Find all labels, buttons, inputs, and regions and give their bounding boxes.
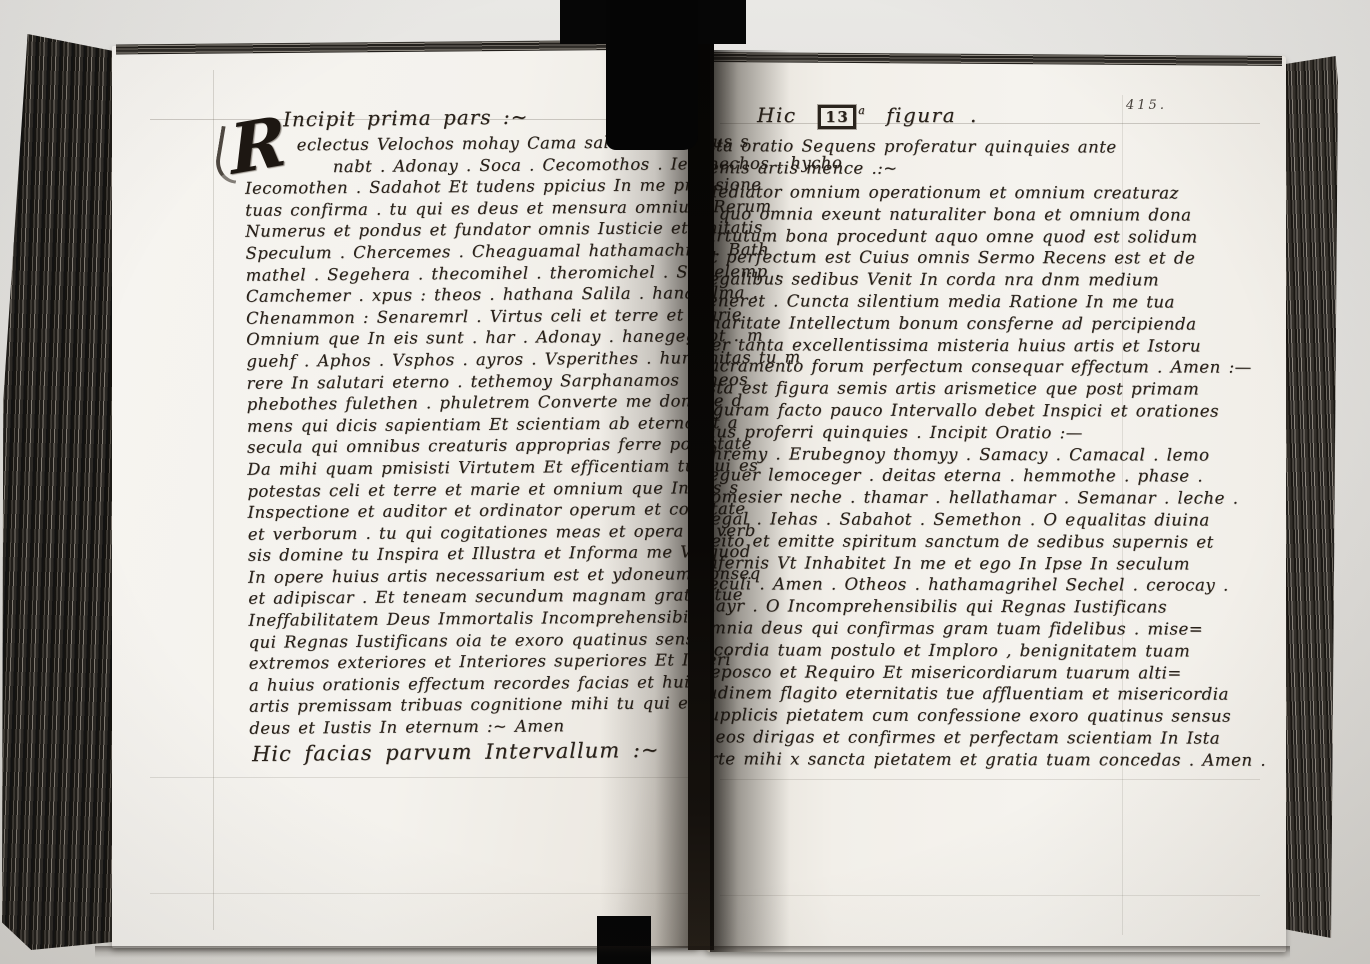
ruling-line (150, 893, 690, 894)
manuscript-line: Ista est figura semis artis arismetice q… (700, 377, 1275, 400)
right-page-rubric: Ista oratio Sequens proferatur quinquies… (700, 135, 1220, 181)
manuscript-line: omnia deus qui confirmas gram tuam fidel… (700, 617, 1275, 640)
manuscript-line: per tanta excellentissima misteria huius… (700, 334, 1275, 357)
manuscript-line: ricordia tuam postulo et Imploro , benig… (700, 639, 1275, 662)
bottom-strap (597, 916, 651, 964)
manuscript-photo: Incipit prima pars :~ R eclectus Velocho… (0, 0, 1370, 964)
manuscript-line: charitate Intellectum bonum consferne ad… (700, 312, 1275, 335)
manuscript-line: negal . Iehas . Sabahot . Semethon . O e… (700, 508, 1275, 531)
manuscript-line: deposco et Requiro Et misericordiarum tu… (699, 661, 1274, 684)
manuscript-line: guehf . Aphos . Vsphos . ayros . Vsperit… (246, 347, 701, 372)
manuscript-line: domesier neche . thamar . hellathamar . … (700, 486, 1275, 509)
manuscript-line: nabt . Adonay . Soca . Cecomothos . Ieco… (333, 153, 700, 177)
manuscript-line: Ista oratio Sequens proferatur quinquies… (700, 135, 1220, 159)
figure-number-box: 13 (818, 105, 856, 129)
margin-rule (213, 70, 214, 930)
manuscript-line: deito et emitte spiritum sanctum de sedi… (700, 530, 1275, 553)
manuscript-line: et perfectum est Cuius omnis Sermo Recen… (701, 247, 1276, 270)
manuscript-line: Speculum . Chercemes . Cheaguamal hatham… (245, 239, 700, 264)
manuscript-line: deus et Iustis In eternum :~ Amen (249, 714, 704, 739)
figure-heading-pre: Hic (757, 103, 797, 127)
manuscript-line: tudinem flagito eternitatis tue affluent… (699, 683, 1274, 706)
figure-number-superscript: a (858, 104, 866, 117)
manuscript-line: phebothes fulethen . phuletrem Converte … (247, 390, 702, 415)
figure-heading: Hic 13a figura . (757, 103, 978, 129)
manuscript-line: a quo omnia exeunt naturaliter bona et o… (701, 203, 1276, 226)
manuscript-line: eius proferri quinquies . Incipit Oratio… (700, 421, 1275, 444)
manuscript-line: regalibus sedibus Venit In corda nra dnm… (700, 268, 1275, 291)
manuscript-line: virtutum bona procedunt aquo omne quod e… (701, 225, 1276, 248)
manuscript-line: Mediator omnium operationum et omnium cr… (701, 181, 1276, 204)
top-strap (606, 0, 698, 150)
manuscript-line: seculi . Amen . Otheos . hathamagrihel S… (700, 574, 1275, 597)
left-fore-edge-stack (2, 34, 124, 950)
right-page-text-block: Mediator omnium operationum et omnium cr… (699, 181, 1276, 771)
manuscript-line: Da mihi quam pmisisti Virtutem Et effice… (247, 455, 702, 480)
manuscript-line: semis artis mence .:~ (700, 157, 1220, 181)
manuscript-line: supplicis pietatem cum confessione exoro… (699, 704, 1274, 727)
manuscript-line: mayr . O Incomprehensibilis qui Regnas I… (700, 595, 1275, 618)
manuscript-line: Inspectione et auditor et ordinator oper… (248, 498, 703, 523)
left-page-heading: Incipit prima pars :~ (283, 105, 529, 132)
manuscript-line: Ineffabilitatem Deus Immortalis Incompre… (248, 606, 703, 631)
left-page-text-block: eclectus Velochos mohay Cama salude . ho… (245, 131, 705, 739)
manuscript-line: Infernis Vt Inhabitet In me et ego In Ip… (700, 552, 1275, 575)
folio-number: 415. (1126, 98, 1167, 113)
manuscript-line: figuram facto pauco Intervallo debet Ins… (700, 399, 1275, 422)
figure-heading-post: figura . (886, 103, 978, 127)
manuscript-line: artis premissam tribuas cognitione mihi … (249, 693, 704, 718)
manuscript-line: teneret . Cuncta silentium media Ratione… (700, 290, 1275, 313)
manuscript-line: arte mihi x sancta pietatem et gratia tu… (699, 748, 1274, 771)
ruling-line (150, 777, 690, 778)
manuscript-line: seguer lemoceger . deitas eterna . hemmo… (700, 465, 1275, 488)
manuscript-line: sacramento forum perfectum consequar eff… (700, 356, 1275, 379)
ruling-line (720, 895, 1260, 896)
manuscript-line: Thremy . Erubegnoy thomyy . Samacy . Cam… (700, 443, 1275, 466)
left-page-closing-line: Hic facias parvum Intervallum :~ (252, 738, 660, 766)
right-fore-edge-stack (1280, 56, 1338, 938)
manuscript-line: meos dirigas et confirmes et perfectam s… (699, 726, 1274, 749)
ruling-line (720, 779, 1260, 780)
